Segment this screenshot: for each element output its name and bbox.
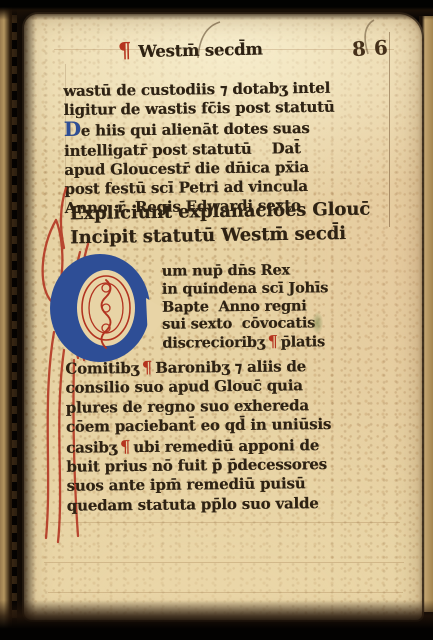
- pilcrow-mark: ¶: [142, 358, 153, 377]
- pilcrow-mark: ¶: [268, 332, 278, 351]
- book-edge-shadow-top: [0, 0, 433, 20]
- ruling-line: [44, 562, 404, 563]
- folio-number: 86: [351, 35, 396, 61]
- text-line: discrecioribʒ¶p̄latis: [162, 332, 328, 352]
- manuscript-photo: 86 ¶Westm̄ secd̄m wastū de custodiis ⁊ d…: [0, 0, 433, 640]
- book-binding-gutter: [0, 0, 36, 640]
- text-line: um nup̄ dn̄s Rex: [162, 261, 328, 280]
- running-header: ¶Westm̄ secd̄m: [118, 34, 263, 62]
- pilcrow-mark: ¶: [118, 37, 132, 62]
- statute-text-full-width: Comitibʒ¶Baronibʒ ⁊ aliis de consilio su…: [65, 355, 407, 516]
- manuscript-page: 86 ¶Westm̄ secd̄m wastū de custodiis ⁊ d…: [22, 12, 424, 622]
- pilcrow-mark: ¶: [120, 437, 131, 456]
- running-header-title: Westm̄ secd̄m: [138, 39, 263, 61]
- statute-text-indented: um nup̄ dn̄s Rex in quindena scī Johīs B…: [162, 261, 329, 352]
- text-line: sui sexto cōvocatis: [162, 315, 328, 334]
- text-line: in quindena scī Johīs: [162, 279, 328, 298]
- ruling-line: [48, 592, 403, 593]
- text-line: quedam statuta pp̄lo suo valde: [67, 493, 407, 516]
- text-line: Bapte Anno regni: [162, 297, 328, 316]
- book-edge-shadow-bottom: [0, 600, 433, 640]
- green-pigment-speck: [312, 312, 323, 334]
- illuminated-initial-letter: C: [58, 258, 127, 363]
- binding-stitches: [12, 6, 17, 634]
